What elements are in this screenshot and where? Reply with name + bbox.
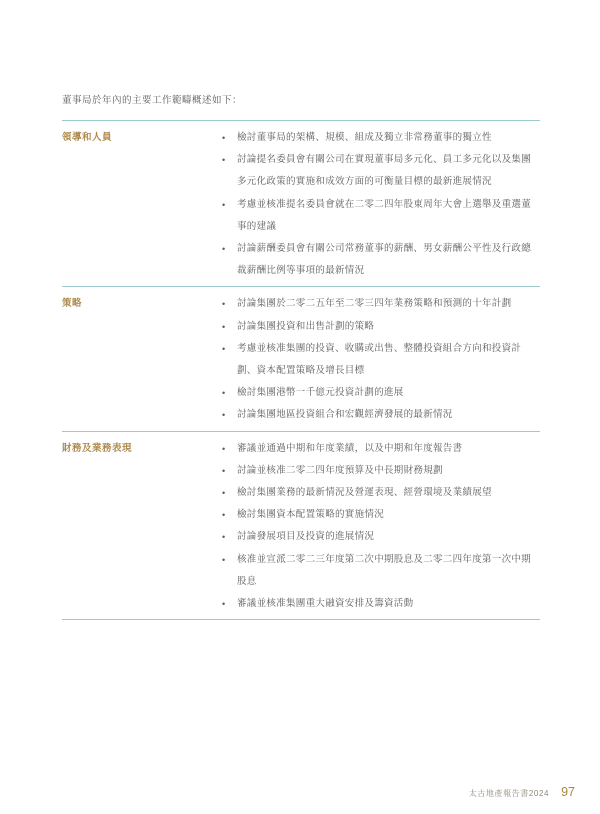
list-item: •討論集團投資和出售計劃的策略 <box>222 316 540 338</box>
bullet-icon: • <box>222 460 237 482</box>
bullet-icon: • <box>222 149 237 193</box>
list-item: •檢討董事局的架構、規模、組成及獨立非常務董事的獨立性 <box>222 127 540 149</box>
bullet-icon: • <box>222 549 237 593</box>
bullet-text: 核准並宣派二零二三年度第二次中期股息及二零二四年度第一次中期股息 <box>237 549 540 593</box>
bullet-text: 討論並核准二零二四年度預算及中長期財務規劃 <box>237 460 540 482</box>
bullet-icon: • <box>222 593 237 615</box>
bullet-text: 討論集團投資和出售計劃的策略 <box>237 316 540 338</box>
list-item: •核准並宣派二零二三年度第二次中期股息及二零二四年度第一次中期股息 <box>222 549 540 593</box>
list-item: •討論發展項目及投資的進展情況 <box>222 526 540 548</box>
bullet-text: 討論提名委員會有關公司在實現董事局多元化、員工多元化以及集團多元化政策的實施和成… <box>237 149 540 193</box>
table-row: 財務及業務表現•審議並通過中期和年度業績，以及中期和年度報告書•討論並核准二零二… <box>62 431 540 620</box>
list-item: •檢討集團港幣一千億元投資計劃的進展 <box>222 382 540 404</box>
bullet-icon: • <box>222 404 237 426</box>
bullet-icon: • <box>222 482 237 504</box>
bullet-icon: • <box>222 382 237 404</box>
bullet-icon: • <box>222 127 237 149</box>
bullet-icon: • <box>222 504 237 526</box>
bullet-icon: • <box>222 238 237 282</box>
table-row: 領導和人員•檢討董事局的架構、規模、組成及獨立非常務董事的獨立性•討論提名委員會… <box>62 120 540 286</box>
bullet-text: 討論薪酬委員會有關公司常務董事的薪酬、男女薪酬公平性及行政總裁薪酬比例等事項的最… <box>237 238 540 282</box>
report-title: 太古地產報告書2024 <box>469 788 549 799</box>
list-item: •考慮並核准提名委員會就在二零二四年股東周年大會上選舉及重選董事的建議 <box>222 194 540 238</box>
bullet-text: 討論集團於二零二五年至二零三四年業務策略和預測的十年計劃 <box>237 293 540 315</box>
list-item: •討論集團於二零二五年至二零三四年業務策略和預測的十年計劃 <box>222 293 540 315</box>
bullet-icon: • <box>222 438 237 460</box>
section-bullet-list: •審議並通過中期和年度業績，以及中期和年度報告書•討論並核准二零二四年度預算及中… <box>222 438 540 616</box>
section-label: 領導和人員 <box>62 127 222 282</box>
work-scope-table: 領導和人員•檢討董事局的架構、規模、組成及獨立非常務董事的獨立性•討論提名委員會… <box>62 120 540 619</box>
table-row: 策略•討論集團於二零二五年至二零三四年業務策略和預測的十年計劃•討論集團投資和出… <box>62 286 540 430</box>
bullet-text: 檢討集團港幣一千億元投資計劃的進展 <box>237 382 540 404</box>
table-bottom-divider <box>62 619 540 620</box>
list-item: •審議並通過中期和年度業績，以及中期和年度報告書 <box>222 438 540 460</box>
list-item: •討論集團地區投資組合和宏觀經濟發展的最新情況 <box>222 404 540 426</box>
bullet-icon: • <box>222 194 237 238</box>
bullet-text: 考慮並核准提名委員會就在二零二四年股東周年大會上選舉及重選董事的建議 <box>237 194 540 238</box>
bullet-icon: • <box>222 316 237 338</box>
section-bullet-list: •討論集團於二零二五年至二零三四年業務策略和預測的十年計劃•討論集團投資和出售計… <box>222 293 540 426</box>
bullet-text: 討論發展項目及投資的進展情況 <box>237 526 540 548</box>
bullet-icon: • <box>222 526 237 548</box>
bullet-text: 檢討集團業務的最新情況及營運表現、經營環境及業績展望 <box>237 482 540 504</box>
page-content: 董事局於年內的主要工作範疇概述如下： 領導和人員•檢討董事局的架構、規模、組成及… <box>62 0 540 620</box>
list-item: •討論提名委員會有關公司在實現董事局多元化、員工多元化以及集團多元化政策的實施和… <box>222 149 540 193</box>
section-label: 財務及業務表現 <box>62 438 222 616</box>
list-item: •檢討集團業務的最新情況及營運表現、經營環境及業績展望 <box>222 482 540 504</box>
bullet-icon: • <box>222 338 237 382</box>
list-item: •討論並核准二零二四年度預算及中長期財務規劃 <box>222 460 540 482</box>
bullet-text: 討論集團地區投資組合和宏觀經濟發展的最新情況 <box>237 404 540 426</box>
page-number: 97 <box>561 785 575 799</box>
bullet-icon: • <box>222 293 237 315</box>
section-bullet-list: •檢討董事局的架構、規模、組成及獨立非常務董事的獨立性•討論提名委員會有關公司在… <box>222 127 540 282</box>
bullet-text: 審議並通過中期和年度業績，以及中期和年度報告書 <box>237 438 540 460</box>
list-item: •檢討集團資本配置策略的實施情況 <box>222 504 540 526</box>
list-item: •討論薪酬委員會有關公司常務董事的薪酬、男女薪酬公平性及行政總裁薪酬比例等事項的… <box>222 238 540 282</box>
bullet-text: 檢討董事局的架構、規模、組成及獨立非常務董事的獨立性 <box>237 127 540 149</box>
section-label: 策略 <box>62 293 222 426</box>
list-item: •考慮並核准集團的投資、收購或出售、整體投資組合方向和投資計劃、資本配置策略及增… <box>222 338 540 382</box>
bullet-text: 審議並核准集團重大融資安排及籌資活動 <box>237 593 540 615</box>
bullet-text: 考慮並核准集團的投資、收購或出售、整體投資組合方向和投資計劃、資本配置策略及增長… <box>237 338 540 382</box>
intro-text: 董事局於年內的主要工作範疇概述如下： <box>62 0 540 120</box>
bullet-text: 檢討集團資本配置策略的實施情況 <box>237 504 540 526</box>
page-footer: 太古地產報告書2024 97 <box>469 785 575 799</box>
list-item: •審議並核准集團重大融資安排及籌資活動 <box>222 593 540 615</box>
document-page: 董事局於年內的主要工作範疇概述如下： 領導和人員•檢討董事局的架構、規模、組成及… <box>0 0 600 814</box>
